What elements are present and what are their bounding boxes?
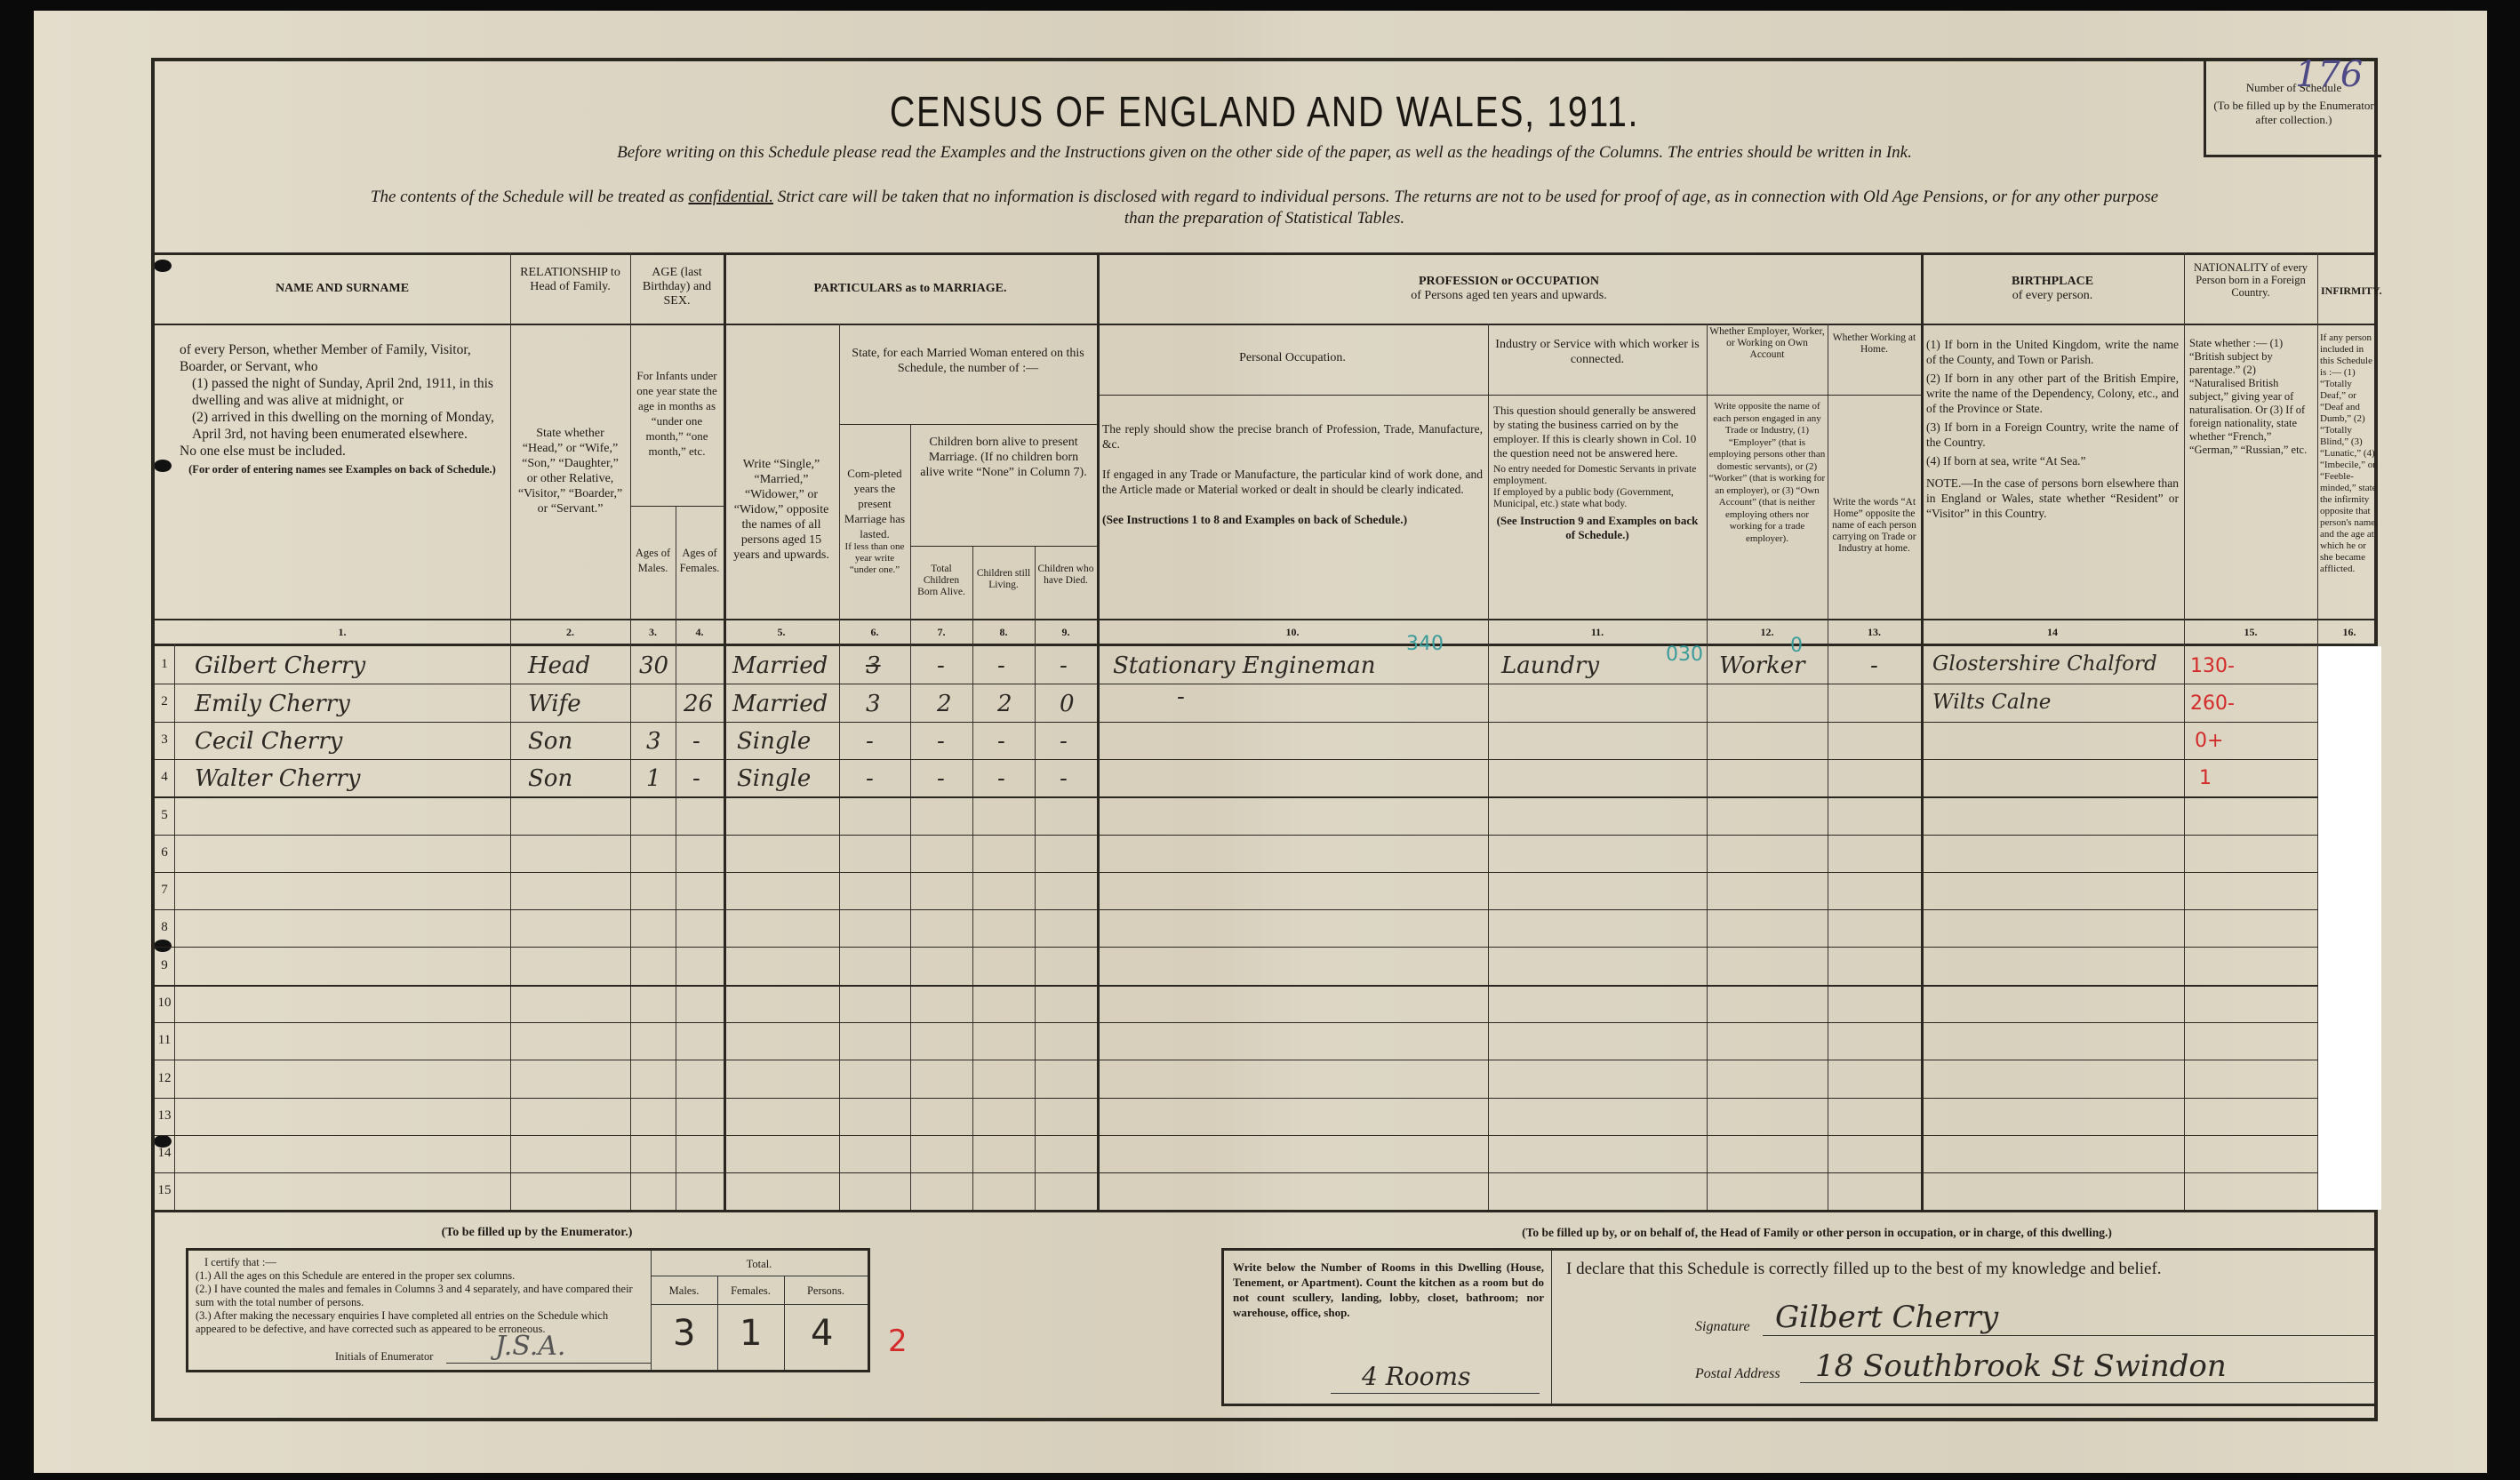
row-line (155, 909, 2374, 910)
cell-relationship[interactable]: Wife (528, 691, 581, 717)
address-label: Postal Address (1695, 1366, 1780, 1382)
signature-value[interactable]: Gilbert Cherry (1775, 1300, 1998, 1335)
header-nationality: NATIONALITY of every Person born in a Fo… (2184, 261, 2317, 299)
header-industry: Industry or Service with which worker is… (1488, 337, 1707, 367)
total-males[interactable]: 3 (673, 1313, 695, 1354)
colnum-9: 9. (1035, 626, 1097, 639)
cell-name[interactable]: Walter Cherry (195, 765, 360, 792)
total-persons[interactable]: 4 (811, 1313, 833, 1354)
enumerator-initials[interactable]: J.S.A. (495, 1331, 565, 1362)
colnum-7: 7. (910, 626, 972, 639)
cell-age-female[interactable]: - (692, 765, 700, 792)
colnum-8: 8. (972, 626, 1035, 639)
colnum-15: 15. (2184, 626, 2317, 639)
head-section-heading: (To be filled up by, or on behalf of, th… (1257, 1226, 2377, 1240)
col-divider (1035, 546, 1036, 1210)
header-occupation: PROFESSION or OCCUPATION of Persons aged… (1097, 275, 1921, 303)
header-divider (155, 324, 2374, 325)
initials-label: Initials of Enumerator (335, 1350, 433, 1364)
desc-ages-females: Ages of Females. (676, 546, 724, 576)
employment-code: 0 (1790, 635, 1803, 657)
desc-nationality: State whether :— (1) “British subject by… (2184, 337, 2317, 457)
row-line (155, 1172, 2374, 1173)
desc-ages-males: Ages of Males. (630, 546, 676, 576)
colnum-14: 14 (1921, 626, 2184, 639)
row-number: 4 (155, 770, 174, 785)
header-relationship: RELATIONSHIP to Head of Family. (510, 266, 630, 294)
industry-code: 030 (1666, 644, 1703, 666)
cell-name[interactable]: Emily Cherry (195, 691, 350, 717)
cell-name[interactable]: Gilbert Cherry (195, 652, 365, 679)
head-divider (1551, 1251, 1552, 1404)
total-females[interactable]: 1 (740, 1313, 762, 1354)
cell-children-died[interactable]: - (1060, 765, 1068, 792)
subheader-line (910, 546, 1097, 547)
row-number: 12 (155, 1071, 174, 1086)
cell-age-male[interactable]: 1 (646, 765, 661, 792)
col-divider (839, 324, 840, 1210)
cell-relationship[interactable]: Head (528, 652, 590, 679)
cell-age-female[interactable]: 26 (684, 691, 713, 717)
colnum-2: 2. (510, 626, 630, 639)
cell-years-married[interactable]: - (866, 765, 874, 792)
totals-line (651, 1276, 868, 1276)
rooms-underline (1331, 1393, 1540, 1394)
cell-years-married[interactable]: 3 (866, 652, 881, 679)
declaration-text: I declare that this Schedule is correctl… (1566, 1260, 2162, 1279)
row-line (155, 947, 2374, 948)
initials-underline (446, 1363, 651, 1364)
row-number: 6 (155, 845, 174, 860)
rooms-value[interactable]: 4 Rooms (1362, 1362, 1470, 1391)
header-age: AGE (last Birthday) and SEX. (630, 266, 724, 308)
row-line (155, 759, 2374, 760)
cell-children-living[interactable]: - (997, 652, 1005, 679)
col-divider (676, 506, 676, 1210)
row-number: 3 (155, 732, 174, 748)
desc-employer-status: Write opposite the name of each person e… (1707, 401, 1828, 545)
confidential-notice: The contents of the Schedule will be tre… (155, 188, 2374, 207)
rownum-divider (174, 644, 175, 1210)
confidential-notice-line2: than the preparation of Statistical Tabl… (155, 209, 2374, 228)
desc-name: of every Person, whether Member of Famil… (174, 341, 510, 476)
cell-age-female[interactable]: - (692, 728, 700, 755)
col-divider (510, 252, 511, 1210)
subheader-line (1707, 395, 1921, 396)
cell-children-died[interactable]: - (1060, 652, 1068, 679)
totals-divider (784, 1276, 785, 1370)
col-divider (972, 546, 973, 1210)
colnum-16: 16. (2317, 626, 2381, 639)
row-line (155, 985, 2374, 987)
row-line (155, 1098, 2374, 1099)
desc-married-woman: State, for each Married Woman entered on… (839, 346, 1097, 376)
row-number: 5 (155, 808, 174, 823)
col-divider (910, 424, 911, 1210)
header-infirmity: INFIRMITY. (2317, 284, 2381, 298)
cell-total-children[interactable]: - (937, 728, 945, 755)
desc-marital-status: Write “Single,” “Married,” “Widower,” or… (724, 457, 839, 563)
col-divider (1828, 324, 1828, 1210)
totals-divider (717, 1276, 718, 1370)
enumerator-certification: I certify that :— (1.) All the ages on t… (196, 1256, 640, 1336)
colnum-5: 5. (724, 626, 839, 639)
row-line (155, 872, 2374, 873)
cell-at-home[interactable]: - (1870, 652, 1878, 679)
desc-personal-occupation: The reply should show the precise branch… (1097, 421, 1488, 527)
rooms-instruction: Write below the Number of Rooms in this … (1233, 1260, 1544, 1320)
cell-marital[interactable]: Married (732, 652, 828, 679)
row-line (155, 684, 2374, 684)
signature-label: Signature (1695, 1319, 1750, 1335)
cell-birthplace[interactable]: Glostershire Chalford (1932, 652, 2157, 676)
row-number: 8 (155, 920, 174, 935)
schedule-number-note: (To be filled up by the Enumerator after… (2206, 99, 2381, 127)
row-number: 1 (155, 657, 174, 672)
cell-years-married[interactable]: - (866, 728, 874, 755)
col-divider-thick (724, 252, 726, 1210)
occupation-code: 340 (1406, 633, 1444, 655)
females-label: Females. (717, 1284, 784, 1298)
desc-children-died: Children who have Died. (1035, 564, 1097, 587)
nationality-code: 1 (2199, 767, 2212, 789)
nationality-code: 0+ (2195, 730, 2223, 752)
cell-marital[interactable]: Married (732, 691, 828, 717)
cell-children-living[interactable]: - (997, 765, 1005, 792)
desc-children-living: Children still Living. (972, 568, 1035, 591)
head-section-box: Write below the Number of Rooms in this … (1221, 1248, 2377, 1406)
desc-relationship: State whether “Head,” or “Wife,” “Son,” … (510, 426, 630, 516)
row-number: 9 (155, 958, 174, 973)
cell-years-married[interactable]: 3 (866, 691, 881, 717)
table-top-border (155, 252, 2374, 255)
colnum-11: 11. (1488, 626, 1707, 639)
cell-children-living[interactable]: - (997, 728, 1005, 755)
cell-age-male[interactable]: 3 (646, 728, 661, 755)
header-personal-occupation: Personal Occupation. (1097, 350, 1488, 365)
males-label: Males. (651, 1284, 717, 1298)
cell-total-children[interactable]: - (937, 765, 945, 792)
row-number: 7 (155, 883, 174, 898)
cell-children-died[interactable]: - (1060, 728, 1068, 755)
cell-birthplace[interactable]: Wilts Calne (1932, 691, 2051, 714)
header-at-home: Whether Working at Home. (1828, 332, 1921, 356)
desc-at-home: Write the words “At Home” opposite the n… (1828, 497, 1921, 555)
persons-label: Persons. (784, 1284, 868, 1298)
cell-marital[interactable]: Single (737, 765, 811, 792)
colnum-4: 4. (676, 626, 724, 639)
colnum-6: 6. (839, 626, 910, 639)
cell-marital[interactable]: Single (737, 728, 811, 755)
row-number: 14 (155, 1146, 174, 1161)
desc-children: Children born alive to present Marriage.… (910, 435, 1097, 480)
row-line (155, 1060, 2374, 1060)
description-divider (155, 619, 2374, 620)
desc-years-married: Com-pleted years the present Marriage ha… (839, 466, 910, 576)
row-number: 2 (155, 694, 174, 709)
confidential-word: confidential. (688, 188, 773, 206)
colnum-13: 13. (1828, 626, 1921, 639)
cell-relationship[interactable]: Son (528, 765, 572, 792)
cell-total-children[interactable]: 2 (937, 691, 952, 717)
enumerator-box: I certify that :— (1.) All the ages on t… (186, 1248, 870, 1372)
cell-name[interactable]: Cecil Cherry (195, 728, 342, 755)
schedule-number-box: Number of Schedule 176 (To be filled up … (2204, 61, 2381, 157)
address-value[interactable]: 18 Southbrook St Swindon (1815, 1348, 2227, 1384)
column-number-divider (155, 644, 2374, 646)
nationality-code: 260- (2190, 692, 2235, 715)
header-birthplace: BIRTHPLACE of every person. (1921, 275, 2184, 303)
cell-occupation[interactable]: - (1177, 684, 1185, 710)
nationality-code: 130- (2190, 655, 2235, 677)
row-number: 10 (155, 996, 174, 1011)
cell-children-living[interactable]: 2 (997, 691, 1012, 717)
colnum-1: 1. (174, 626, 510, 639)
desc-infirmity: If any person included in this Schedule … (2317, 332, 2381, 575)
instruction-line: Before writing on this Schedule please r… (155, 143, 2374, 163)
colnum-12: 12. (1707, 626, 1828, 639)
col-divider-thick (1097, 252, 1100, 1210)
census-form: CENSUS OF ENGLAND AND WALES, 1911. Befor… (151, 58, 2378, 1421)
schedule-number-value[interactable]: 176 (2295, 54, 2363, 95)
desc-age: For Infants under one year state the age… (630, 368, 724, 459)
row-line (155, 835, 2374, 836)
totals-line (651, 1304, 868, 1305)
cell-occupation[interactable]: Stationary Engineman (1113, 652, 1376, 679)
row-line (155, 722, 2374, 723)
cell-total-children[interactable]: - (937, 652, 945, 679)
total-label: Total. (651, 1258, 868, 1271)
enumerator-heading: (To be filled up by the Enumerator.) (190, 1226, 884, 1240)
desc-industry: This question should generally be answer… (1488, 404, 1707, 542)
subheader-line (630, 506, 724, 507)
desc-total-children: Total Children Born Alive. (910, 564, 972, 598)
row-number: 13 (155, 1108, 174, 1124)
desc-birthplace: (1) If born in the United Kingdom, write… (1921, 337, 2184, 521)
infirmity-redacted-area (2318, 646, 2381, 1210)
row-number: 11 (155, 1033, 174, 1048)
row-line (155, 1135, 2374, 1136)
header-employer-status: Whether Employer, Worker, or Working on … (1707, 326, 1828, 361)
header-name: NAME AND SURNAME (174, 282, 510, 296)
colnum-3: 3. (630, 626, 676, 639)
row-line (155, 1022, 2374, 1023)
signature-underline (1763, 1335, 2376, 1336)
red-annotation: 2 (888, 1324, 908, 1359)
row-line (155, 796, 2374, 798)
cell-industry[interactable]: Laundry (1501, 652, 1599, 679)
row-number: 15 (155, 1183, 174, 1198)
subheader-line (839, 424, 1097, 425)
cell-relationship[interactable]: Son (528, 728, 572, 755)
page-title: CENSUS OF ENGLAND AND WALES, 1911. (355, 88, 2175, 137)
cell-age-male[interactable]: 30 (639, 652, 668, 679)
cell-children-died[interactable]: 0 (1060, 691, 1075, 717)
table-bottom-border (155, 1210, 2374, 1212)
header-marriage: PARTICULARS as to MARRIAGE. (724, 282, 1097, 296)
